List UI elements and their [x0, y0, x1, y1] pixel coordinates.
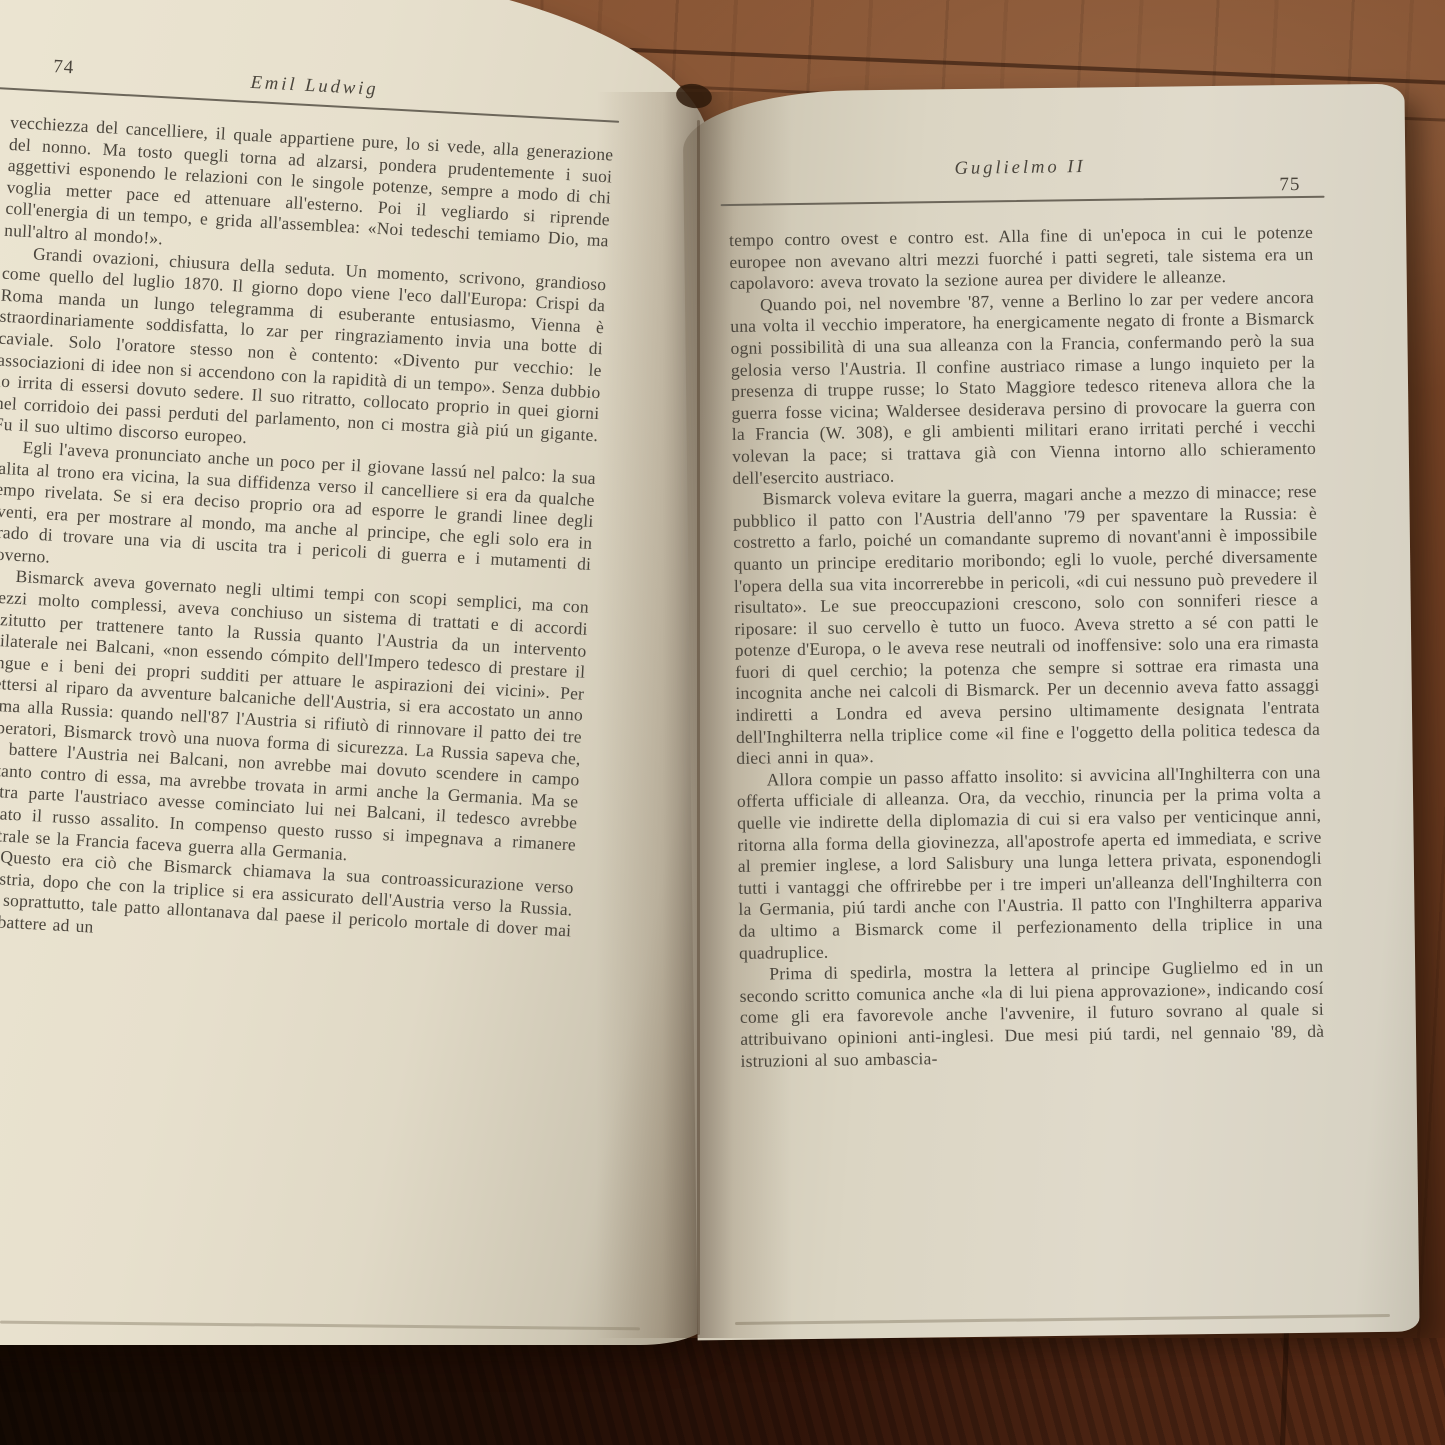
- table-front-shadow: [0, 1338, 1445, 1445]
- book-gutter-fold-line: [697, 120, 700, 1335]
- right-page-running-header: Guglielmo II 75: [728, 154, 1313, 218]
- paragraph: Quando poi, nel novembre '87, venne a Be…: [730, 287, 1317, 489]
- paragraph: Allora compie un passo affatto insolito:…: [736, 762, 1323, 964]
- right-header-rule: [721, 196, 1325, 206]
- right-page-number: 75: [1279, 174, 1300, 196]
- paragraph: tempo contro ovest e contro est. Alla fi…: [729, 222, 1314, 295]
- right-page-text: Guglielmo II 75 tempo contro ovest e con…: [728, 154, 1325, 1072]
- paragraph: Bismarck aveva governato negli ultimi te…: [0, 565, 589, 878]
- paragraph: Bismarck voleva evitare la guerra, magar…: [733, 481, 1321, 770]
- book-photo-scene: 74 Emil Ludwig vecchiezza del cancellier…: [0, 0, 1445, 1445]
- paragraph: Prima di spedirla, mostra la lettera al …: [739, 956, 1324, 1072]
- left-page-body: vecchiezza del cancelliere, il quale app…: [0, 112, 614, 964]
- paragraph: Grandi ovazioni, chiusura della seduta. …: [0, 241, 607, 468]
- right-page-body: tempo contro ovest e contro est. Alla fi…: [729, 222, 1325, 1072]
- left-page-text: 74 Emil Ludwig vecchiezza del cancellier…: [0, 52, 617, 964]
